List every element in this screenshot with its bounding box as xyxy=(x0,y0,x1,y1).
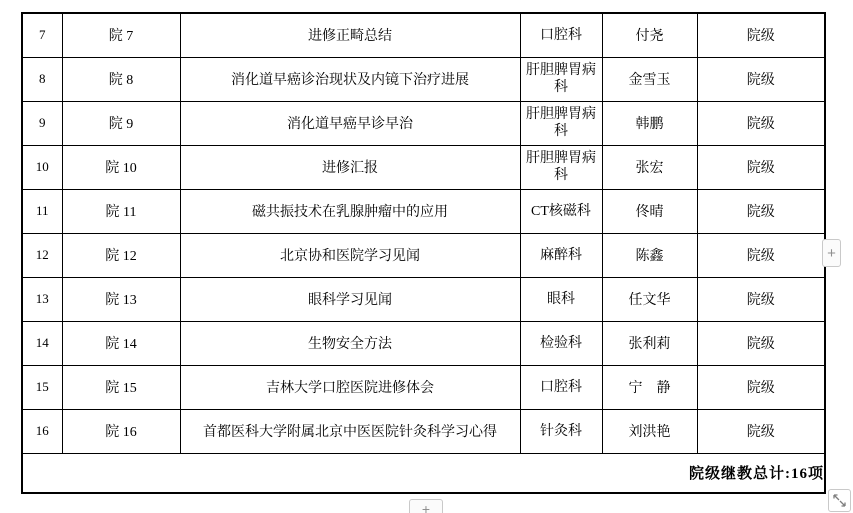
cell-department[interactable]: 肝胆脾胃病科 xyxy=(520,57,602,101)
cell-row-number[interactable]: 12 xyxy=(22,233,62,277)
cell-name[interactable]: 佟晴 xyxy=(602,189,697,233)
table-row: 16 院 16 首都医科大学附属北京中医医院针灸科学习心得 针灸科 刘洪艳 院级 xyxy=(22,409,825,453)
cell-row-number[interactable]: 16 xyxy=(22,409,62,453)
cell-level[interactable]: 院级 xyxy=(697,277,825,321)
cell-name[interactable]: 韩鹏 xyxy=(602,101,697,145)
table-row: 8 院 8 消化道早癌诊治现状及内镜下治疗进展 肝胆脾胃病科 金雪玉 院级 xyxy=(22,57,825,101)
cell-title[interactable]: 磁共振技术在乳腺肿瘤中的应用 xyxy=(180,189,520,233)
table-row: 15 院 15 吉林大学口腔医院进修体会 口腔科 宁 静 院级 xyxy=(22,365,825,409)
summary-row: 院级继教总计:16项 xyxy=(22,453,825,493)
cell-level[interactable]: 院级 xyxy=(697,13,825,57)
cell-unit[interactable]: 院 9 xyxy=(62,101,180,145)
table-row: 10 院 10 进修汇报 肝胆脾胃病科 张宏 院级 xyxy=(22,145,825,189)
plus-icon: + xyxy=(827,246,836,261)
cell-department[interactable]: 肝胆脾胃病科 xyxy=(520,145,602,189)
cell-unit[interactable]: 院 11 xyxy=(62,189,180,233)
cell-department[interactable]: CT核磁科 xyxy=(520,189,602,233)
cell-title[interactable]: 首都医科大学附属北京中医医院针灸科学习心得 xyxy=(180,409,520,453)
plus-icon: + xyxy=(422,502,430,513)
cell-unit[interactable]: 院 8 xyxy=(62,57,180,101)
cell-name[interactable]: 任文华 xyxy=(602,277,697,321)
cell-level[interactable]: 院级 xyxy=(697,321,825,365)
document-page: 7 院 7 进修正畸总结 口腔科 付尧 院级 8 院 8 消化道早癌诊治现状及内… xyxy=(0,0,853,513)
table-row: 12 院 12 北京协和医院学习见闻 麻醉科 陈鑫 院级 xyxy=(22,233,825,277)
cell-level[interactable]: 院级 xyxy=(697,145,825,189)
resize-diagonal-icon xyxy=(829,490,850,511)
summary-total-cell[interactable]: 院级继教总计:16项 xyxy=(22,453,825,493)
cell-level[interactable]: 院级 xyxy=(697,365,825,409)
cell-name[interactable]: 付尧 xyxy=(602,13,697,57)
table-row: 13 院 13 眼科学习见闻 眼科 任文华 院级 xyxy=(22,277,825,321)
cell-level[interactable]: 院级 xyxy=(697,233,825,277)
table-row: 7 院 7 进修正畸总结 口腔科 付尧 院级 xyxy=(22,13,825,57)
cell-name[interactable]: 金雪玉 xyxy=(602,57,697,101)
cell-title[interactable]: 吉林大学口腔医院进修体会 xyxy=(180,365,520,409)
table-resize-handle[interactable] xyxy=(828,489,851,512)
cell-unit[interactable]: 院 14 xyxy=(62,321,180,365)
cell-title[interactable]: 进修汇报 xyxy=(180,145,520,189)
cell-name[interactable]: 张利莉 xyxy=(602,321,697,365)
cell-title[interactable]: 消化道早癌早诊早治 xyxy=(180,101,520,145)
cell-level[interactable]: 院级 xyxy=(697,57,825,101)
cell-unit[interactable]: 院 16 xyxy=(62,409,180,453)
cell-department[interactable]: 眼科 xyxy=(520,277,602,321)
cell-level[interactable]: 院级 xyxy=(697,189,825,233)
cell-level[interactable]: 院级 xyxy=(697,409,825,453)
cell-row-number[interactable]: 7 xyxy=(22,13,62,57)
cell-row-number[interactable]: 8 xyxy=(22,57,62,101)
table-row: 9 院 9 消化道早癌早诊早治 肝胆脾胃病科 韩鹏 院级 xyxy=(22,101,825,145)
cell-name[interactable]: 刘洪艳 xyxy=(602,409,697,453)
cell-department[interactable]: 肝胆脾胃病科 xyxy=(520,101,602,145)
cell-row-number[interactable]: 10 xyxy=(22,145,62,189)
cell-title[interactable]: 北京协和医院学习见闻 xyxy=(180,233,520,277)
cell-unit[interactable]: 院 13 xyxy=(62,277,180,321)
add-column-button[interactable]: + xyxy=(822,239,841,267)
cell-title[interactable]: 消化道早癌诊治现状及内镜下治疗进展 xyxy=(180,57,520,101)
cell-name[interactable]: 宁 静 xyxy=(602,365,697,409)
cell-unit[interactable]: 院 7 xyxy=(62,13,180,57)
continuing-education-table: 7 院 7 进修正畸总结 口腔科 付尧 院级 8 院 8 消化道早癌诊治现状及内… xyxy=(21,12,826,494)
cell-row-number[interactable]: 11 xyxy=(22,189,62,233)
cell-title[interactable]: 进修正畸总结 xyxy=(180,13,520,57)
cell-row-number[interactable]: 9 xyxy=(22,101,62,145)
cell-department[interactable]: 口腔科 xyxy=(520,365,602,409)
cell-name[interactable]: 张宏 xyxy=(602,145,697,189)
cell-unit[interactable]: 院 15 xyxy=(62,365,180,409)
cell-department[interactable]: 检验科 xyxy=(520,321,602,365)
cell-title[interactable]: 眼科学习见闻 xyxy=(180,277,520,321)
cell-row-number[interactable]: 14 xyxy=(22,321,62,365)
cell-row-number[interactable]: 15 xyxy=(22,365,62,409)
cell-department[interactable]: 麻醉科 xyxy=(520,233,602,277)
cell-department[interactable]: 针灸科 xyxy=(520,409,602,453)
cell-department[interactable]: 口腔科 xyxy=(520,13,602,57)
table-row: 14 院 14 生物安全方法 检验科 张利莉 院级 xyxy=(22,321,825,365)
cell-level[interactable]: 院级 xyxy=(697,101,825,145)
add-row-button[interactable]: + xyxy=(409,499,443,513)
table-row: 11 院 11 磁共振技术在乳腺肿瘤中的应用 CT核磁科 佟晴 院级 xyxy=(22,189,825,233)
cell-title[interactable]: 生物安全方法 xyxy=(180,321,520,365)
cell-unit[interactable]: 院 10 xyxy=(62,145,180,189)
cell-name[interactable]: 陈鑫 xyxy=(602,233,697,277)
cell-unit[interactable]: 院 12 xyxy=(62,233,180,277)
cell-row-number[interactable]: 13 xyxy=(22,277,62,321)
